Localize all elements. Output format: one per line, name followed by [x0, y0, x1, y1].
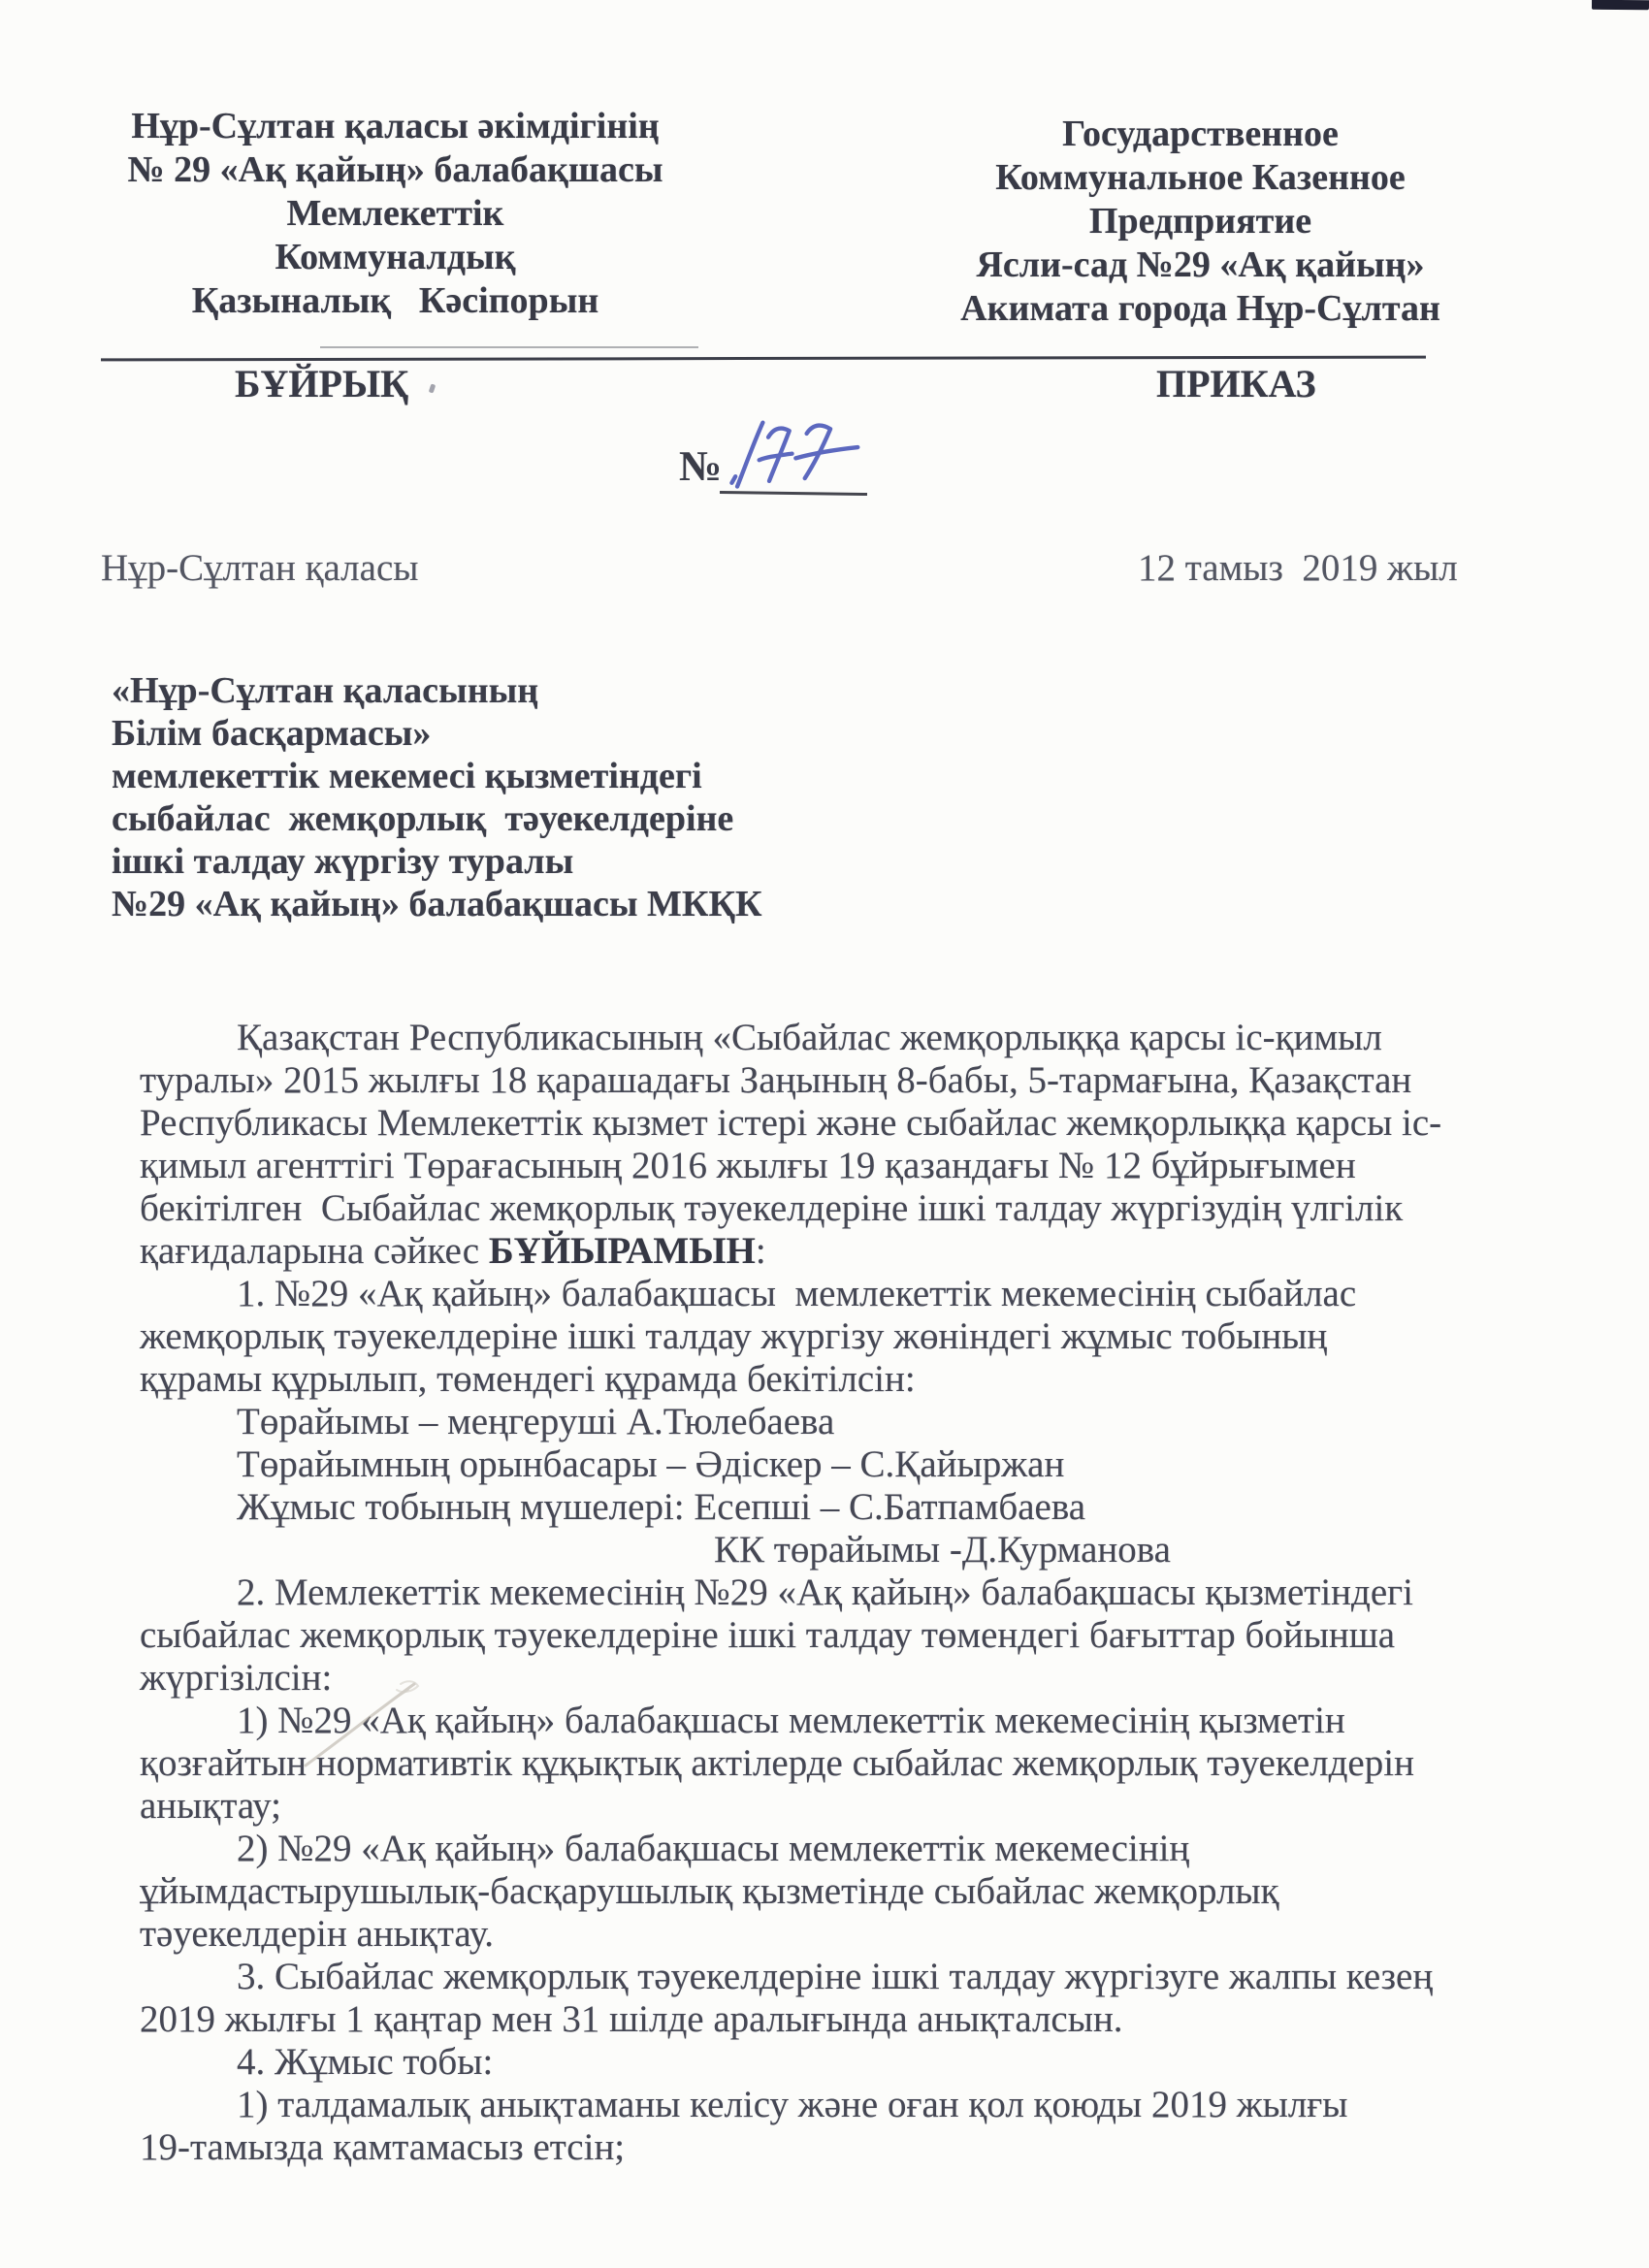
document-page: Нұр-Сұлтан қаласы әкімдігінің№ 29 «Ақ қа… — [0, 0, 1649, 2268]
org-name-line: Ясли-сад №29 «Ақ қайың» — [917, 243, 1484, 287]
body-line: 2019 жылғы 1 қаңтар мен 31 шілде аралығы… — [140, 1998, 1498, 2041]
subject-line: сыбайлас жемқорлық тәуекелдеріне — [112, 797, 985, 840]
org-name-russian: ГосударственноеКоммунальное КазенноеПред… — [917, 113, 1484, 331]
body-line: қағидаларына сәйкес БҰЙЫРАМЫН: — [140, 1230, 1498, 1273]
body-line: 4. Жұмыс тобы: — [140, 2041, 1498, 2084]
subject-line: №29 «Ақ қайың» балабақшасы МКҚК — [112, 883, 985, 925]
subject-line: ішкі талдау жүргізу туралы — [112, 840, 985, 883]
body-line: бекітілген Сыбайлас жемқорлық тәуекелдер… — [140, 1187, 1498, 1230]
org-name-line: Коммунальное Казенное — [917, 156, 1484, 200]
body-line: 2) №29 «Ақ қайың» балабақшасы мемлекетті… — [140, 1828, 1498, 1870]
body-line: жемқорлық тәуекелдеріне ішкі талдау жүрг… — [140, 1315, 1498, 1358]
order-title-kazakh: БҰЙРЫҚ — [235, 361, 408, 406]
org-name-line: Государственное — [917, 113, 1484, 156]
body-line: тәуекелдерін анықтау. — [140, 1913, 1498, 1956]
body-line: 1) талдамалық анықтаманы келісу және оға… — [140, 2084, 1498, 2126]
body-line: анықтау; — [140, 1785, 1498, 1828]
pencil-smudge — [286, 1676, 427, 1773]
body-line: 3. Сыбайлас жемқорлық тәуекелдеріне ішкі… — [140, 1956, 1498, 1998]
org-name-line: Предприятие — [917, 200, 1484, 243]
body-line: 1. №29 «Ақ қайың» балабақшасы мемлекетті… — [140, 1273, 1498, 1315]
body-line: Жұмыс тобының мүшелері: Есепші – С.Батпа… — [140, 1486, 1498, 1529]
body-line: Төрайымның орынбасары – Әдіскер – С.Қайы… — [140, 1443, 1498, 1486]
body-line: туралы» 2015 жылғы 18 қарашадағы Заңының… — [140, 1059, 1498, 1102]
body-line: Төрайымы – меңгеруші А.Тюлебаева — [140, 1401, 1498, 1443]
issue-city: Нұр-Сұлтан қаласы — [101, 546, 418, 590]
body-line: 19-тамызда қамтамасыз етсін; — [140, 2126, 1498, 2169]
org-name-line: Коммуналдық — [92, 236, 698, 279]
ink-tick — [731, 476, 735, 483]
numero-sign: № — [679, 441, 722, 491]
org-name-kazakh: Нұр-Сұлтан қаласы әкімдігінің№ 29 «Ақ қа… — [92, 105, 698, 323]
subject-line: «Нұр-Сұлтан қаласының — [112, 669, 985, 712]
org-name-line: Мемлекеттік — [92, 192, 698, 236]
body-line: Қазақстан Республикасының «Сыбайлас жемқ… — [140, 1017, 1498, 1059]
body-line: Республикасы Мемлекеттік қызмет істері ж… — [140, 1102, 1498, 1145]
body-line: қимыл агенттігі Төрағасының 2016 жылғы 1… — [140, 1145, 1498, 1187]
subject-line: мемлекеттік мекемесі қызметіндегі — [112, 755, 985, 797]
body-line: ұйымдастырушылық-басқарушылық қызметінде… — [140, 1870, 1498, 1913]
org-name-line: Нұр-Сұлтан қаласы әкімдігінің — [92, 105, 698, 148]
subject-block: «Нұр-Сұлтан қаласыныңБілім басқармасы»ме… — [112, 669, 985, 925]
body-line: құрамы құрылып, төмендегі құрамда бекіті… — [140, 1358, 1498, 1401]
org-name-line: Акимата города Нұр-Сұлтан — [917, 287, 1484, 331]
divider-artifact — [320, 346, 698, 348]
handwritten-order-number — [723, 417, 878, 495]
digit-7a-bar — [760, 454, 792, 461]
ink-speck — [429, 383, 436, 393]
body-line: 2. Мемлекеттік мекемесінің №29 «Ақ қайың… — [140, 1571, 1498, 1614]
subject-line: Білім басқармасы» — [112, 712, 985, 755]
org-name-line: № 29 «Ақ қайың» балабақшасы — [92, 148, 698, 192]
scan-corner-mark — [1592, 0, 1649, 10]
digit-7b-bar — [795, 447, 857, 458]
body-line: КК төрайымы -Д.Курманова — [140, 1529, 1498, 1571]
issue-date: 12 тамыз 2019 жыл — [1138, 546, 1458, 590]
order-title-russian: ПРИКАЗ — [1156, 361, 1316, 406]
digit-1 — [737, 423, 762, 487]
body-text: Қазақстан Республикасының «Сыбайлас жемқ… — [140, 1017, 1498, 2169]
org-name-line: Қазыналық Кәсіпорын — [92, 279, 698, 323]
body-line: сыбайлас жемқорлық тәуекелдеріне ішкі та… — [140, 1614, 1498, 1657]
